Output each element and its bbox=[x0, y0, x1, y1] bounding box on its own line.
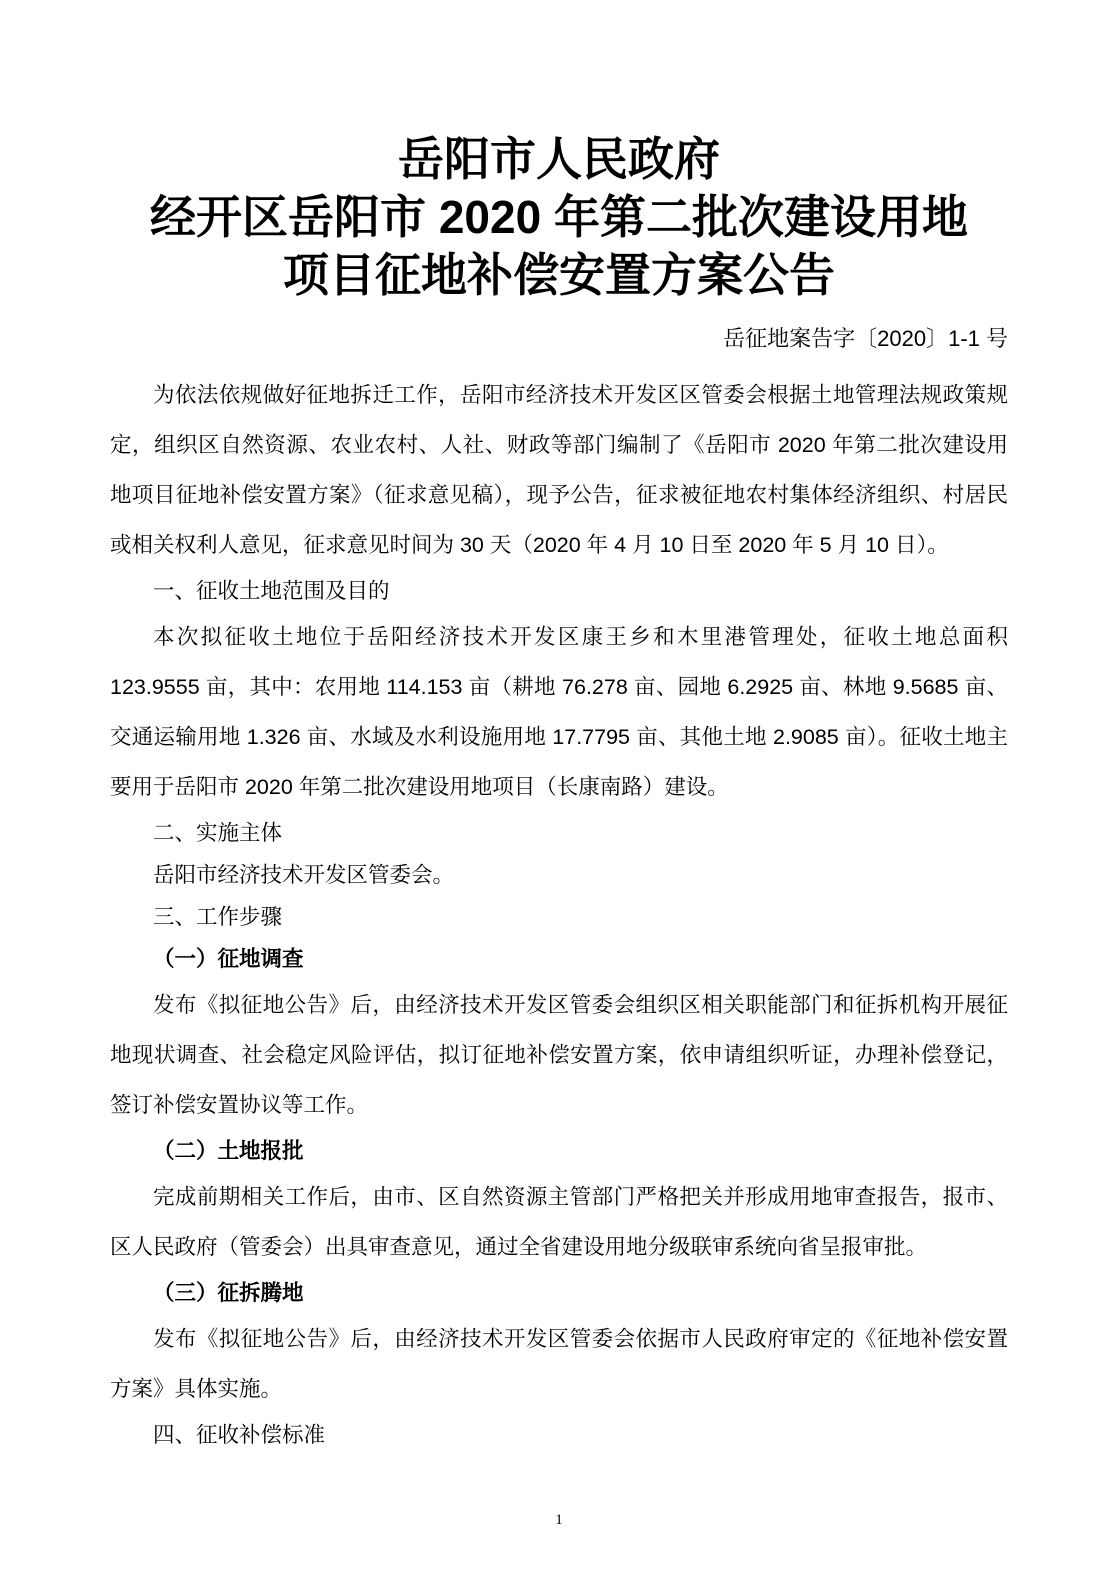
document-page: 岳阳市人民政府 经开区岳阳市 2020 年第二批次建设用地 项目征地补偿安置方案… bbox=[0, 0, 1118, 1583]
section-1-paragraph: 本次拟征收土地位于岳阳经济技术开发区康王乡和木里港管理处，征收土地总面积 123… bbox=[110, 612, 1008, 812]
step-1-heading: （一）征地调查 bbox=[110, 938, 1008, 980]
step-3-heading: （三）征拆腾地 bbox=[110, 1272, 1008, 1314]
section-4-heading: 四、征收补偿标准 bbox=[110, 1414, 1008, 1456]
title-line-1: 岳阳市人民政府 bbox=[110, 130, 1008, 188]
title-line-3: 项目征地补偿安置方案公告 bbox=[110, 246, 1008, 304]
page-number: 1 bbox=[0, 1512, 1118, 1528]
intro-paragraph: 为依法依规做好征地拆迁工作，岳阳市经济技术开发区区管委会根据土地管理法规政策规定… bbox=[110, 370, 1008, 570]
step-3-paragraph: 发布《拟征地公告》后，由经济技术开发区管委会依据市人民政府审定的《征地补偿安置方… bbox=[110, 1314, 1008, 1414]
section-2-heading: 二、实施主体 bbox=[110, 812, 1008, 854]
section-1-heading: 一、征收土地范围及目的 bbox=[110, 570, 1008, 612]
section-3-heading: 三、工作步骤 bbox=[110, 896, 1008, 938]
section-2-paragraph: 岳阳市经济技术开发区管委会。 bbox=[110, 854, 1008, 896]
step-2-heading: （二）土地报批 bbox=[110, 1130, 1008, 1172]
document-title: 岳阳市人民政府 经开区岳阳市 2020 年第二批次建设用地 项目征地补偿安置方案… bbox=[110, 130, 1008, 304]
step-2-paragraph: 完成前期相关工作后，由市、区自然资源主管部门严格把关并形成用地审查报告，报市、区… bbox=[110, 1172, 1008, 1272]
document-number: 岳征地案告字〔2020〕1-1 号 bbox=[110, 318, 1008, 360]
title-line-2: 经开区岳阳市 2020 年第二批次建设用地 bbox=[110, 188, 1008, 246]
step-1-paragraph: 发布《拟征地公告》后，由经济技术开发区管委会组织区相关职能部门和征拆机构开展征地… bbox=[110, 980, 1008, 1130]
